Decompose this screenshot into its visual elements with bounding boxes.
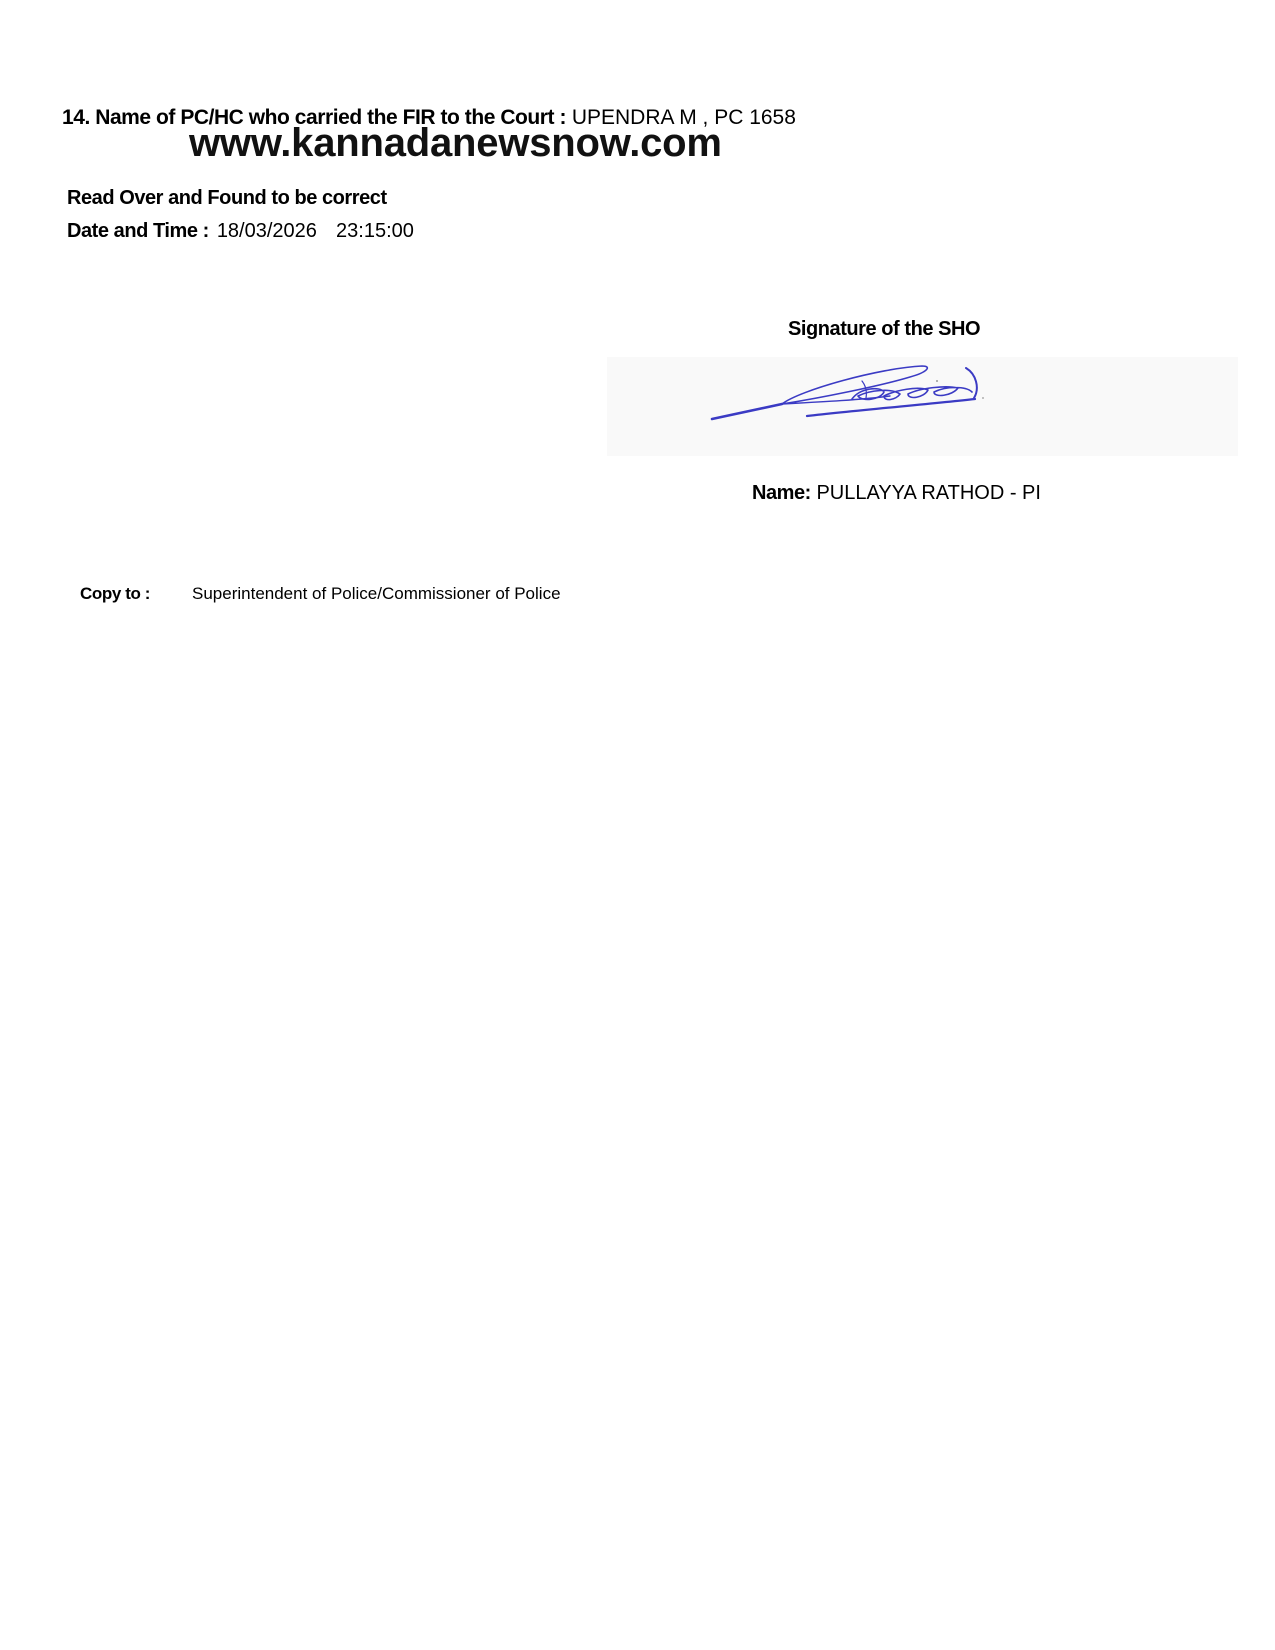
signature-box <box>607 357 1238 456</box>
copy-to-value: Superintendent of Police/Commissioner of… <box>192 584 561 603</box>
date-time-label: Date and Time : <box>67 220 209 242</box>
read-over-statement: Read Over and Found to be correct <box>67 187 387 210</box>
sho-name-value: PULLAYYA RATHOD - PI <box>811 482 1041 504</box>
sho-name-label: Name: <box>752 482 811 504</box>
date-time: Date and Time :18/03/2026 23:15:00 <box>67 220 414 243</box>
signature-title: Signature of the SHO <box>788 318 980 341</box>
watermark: www.kannadanewsnow.com <box>189 121 722 166</box>
date-time-value: 18/03/2026 23:15:00 <box>217 220 414 242</box>
copy-to-label: Copy to : <box>80 584 192 604</box>
signature-icon <box>607 357 1238 456</box>
sho-name: Name: PULLAYYA RATHOD - PI <box>752 482 1041 505</box>
copy-to: Copy to :Superintendent of Police/Commis… <box>80 584 561 604</box>
